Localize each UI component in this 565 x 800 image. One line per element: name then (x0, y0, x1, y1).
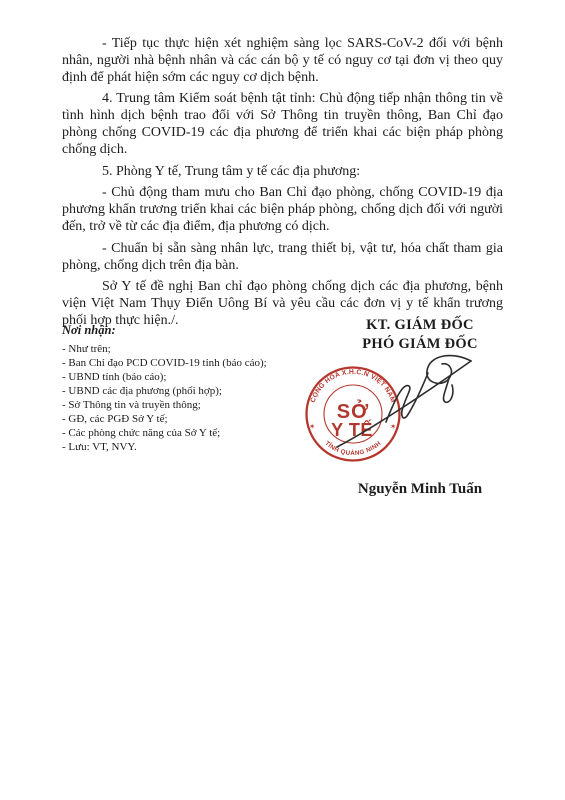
signer-name: Nguyễn Minh Tuấn (330, 481, 510, 498)
recipient-item: - Như trên; (62, 342, 312, 356)
document-page: - Tiếp tục thực hiện xét nghiệm sàng lọc… (0, 0, 565, 800)
recipient-item: - Ban Chỉ đạo PCD COVID-19 tỉnh (báo cáo… (62, 356, 312, 370)
signer-title-line1: KT. GIÁM ĐỐC (340, 316, 500, 335)
recipient-item: - Lưu: VT, NVY. (62, 440, 312, 454)
handwritten-signature-icon (320, 345, 490, 465)
paragraph-advise: - Chủ động tham mưu cho Ban Chỉ đạo phòn… (62, 185, 503, 235)
paragraph-prepare: - Chuẩn bị sẵn sàng nhân lực, trang thiế… (62, 241, 503, 275)
recipients-label: Nơi nhận: (62, 323, 312, 338)
recipient-item: - UBND tỉnh (báo cáo); (62, 370, 312, 384)
recipient-item: - Các phòng chức năng của Sở Y tế; (62, 426, 312, 440)
recipient-item: - GĐ, các PGĐ Sở Y tế; (62, 412, 312, 426)
paragraph-testing: - Tiếp tục thực hiện xét nghiệm sàng lọc… (62, 36, 503, 86)
paragraph-cdc: 4. Trung tâm Kiểm soát bệnh tật tỉnh: Ch… (62, 91, 503, 158)
document-body: - Tiếp tục thực hiện xét nghiệm sàng lọc… (62, 36, 503, 335)
recipients-block: Nơi nhận: - Như trên; - Ban Chỉ đạo PCD … (62, 323, 312, 454)
seal-left-star-icon: ✶ (309, 422, 315, 431)
recipient-item: - Sở Thông tin và truyền thông; (62, 398, 312, 412)
recipient-item: - UBND các địa phương (phối hợp); (62, 384, 312, 398)
paragraph-local-health: 5. Phòng Y tế, Trung tâm y tế các địa ph… (62, 164, 503, 181)
